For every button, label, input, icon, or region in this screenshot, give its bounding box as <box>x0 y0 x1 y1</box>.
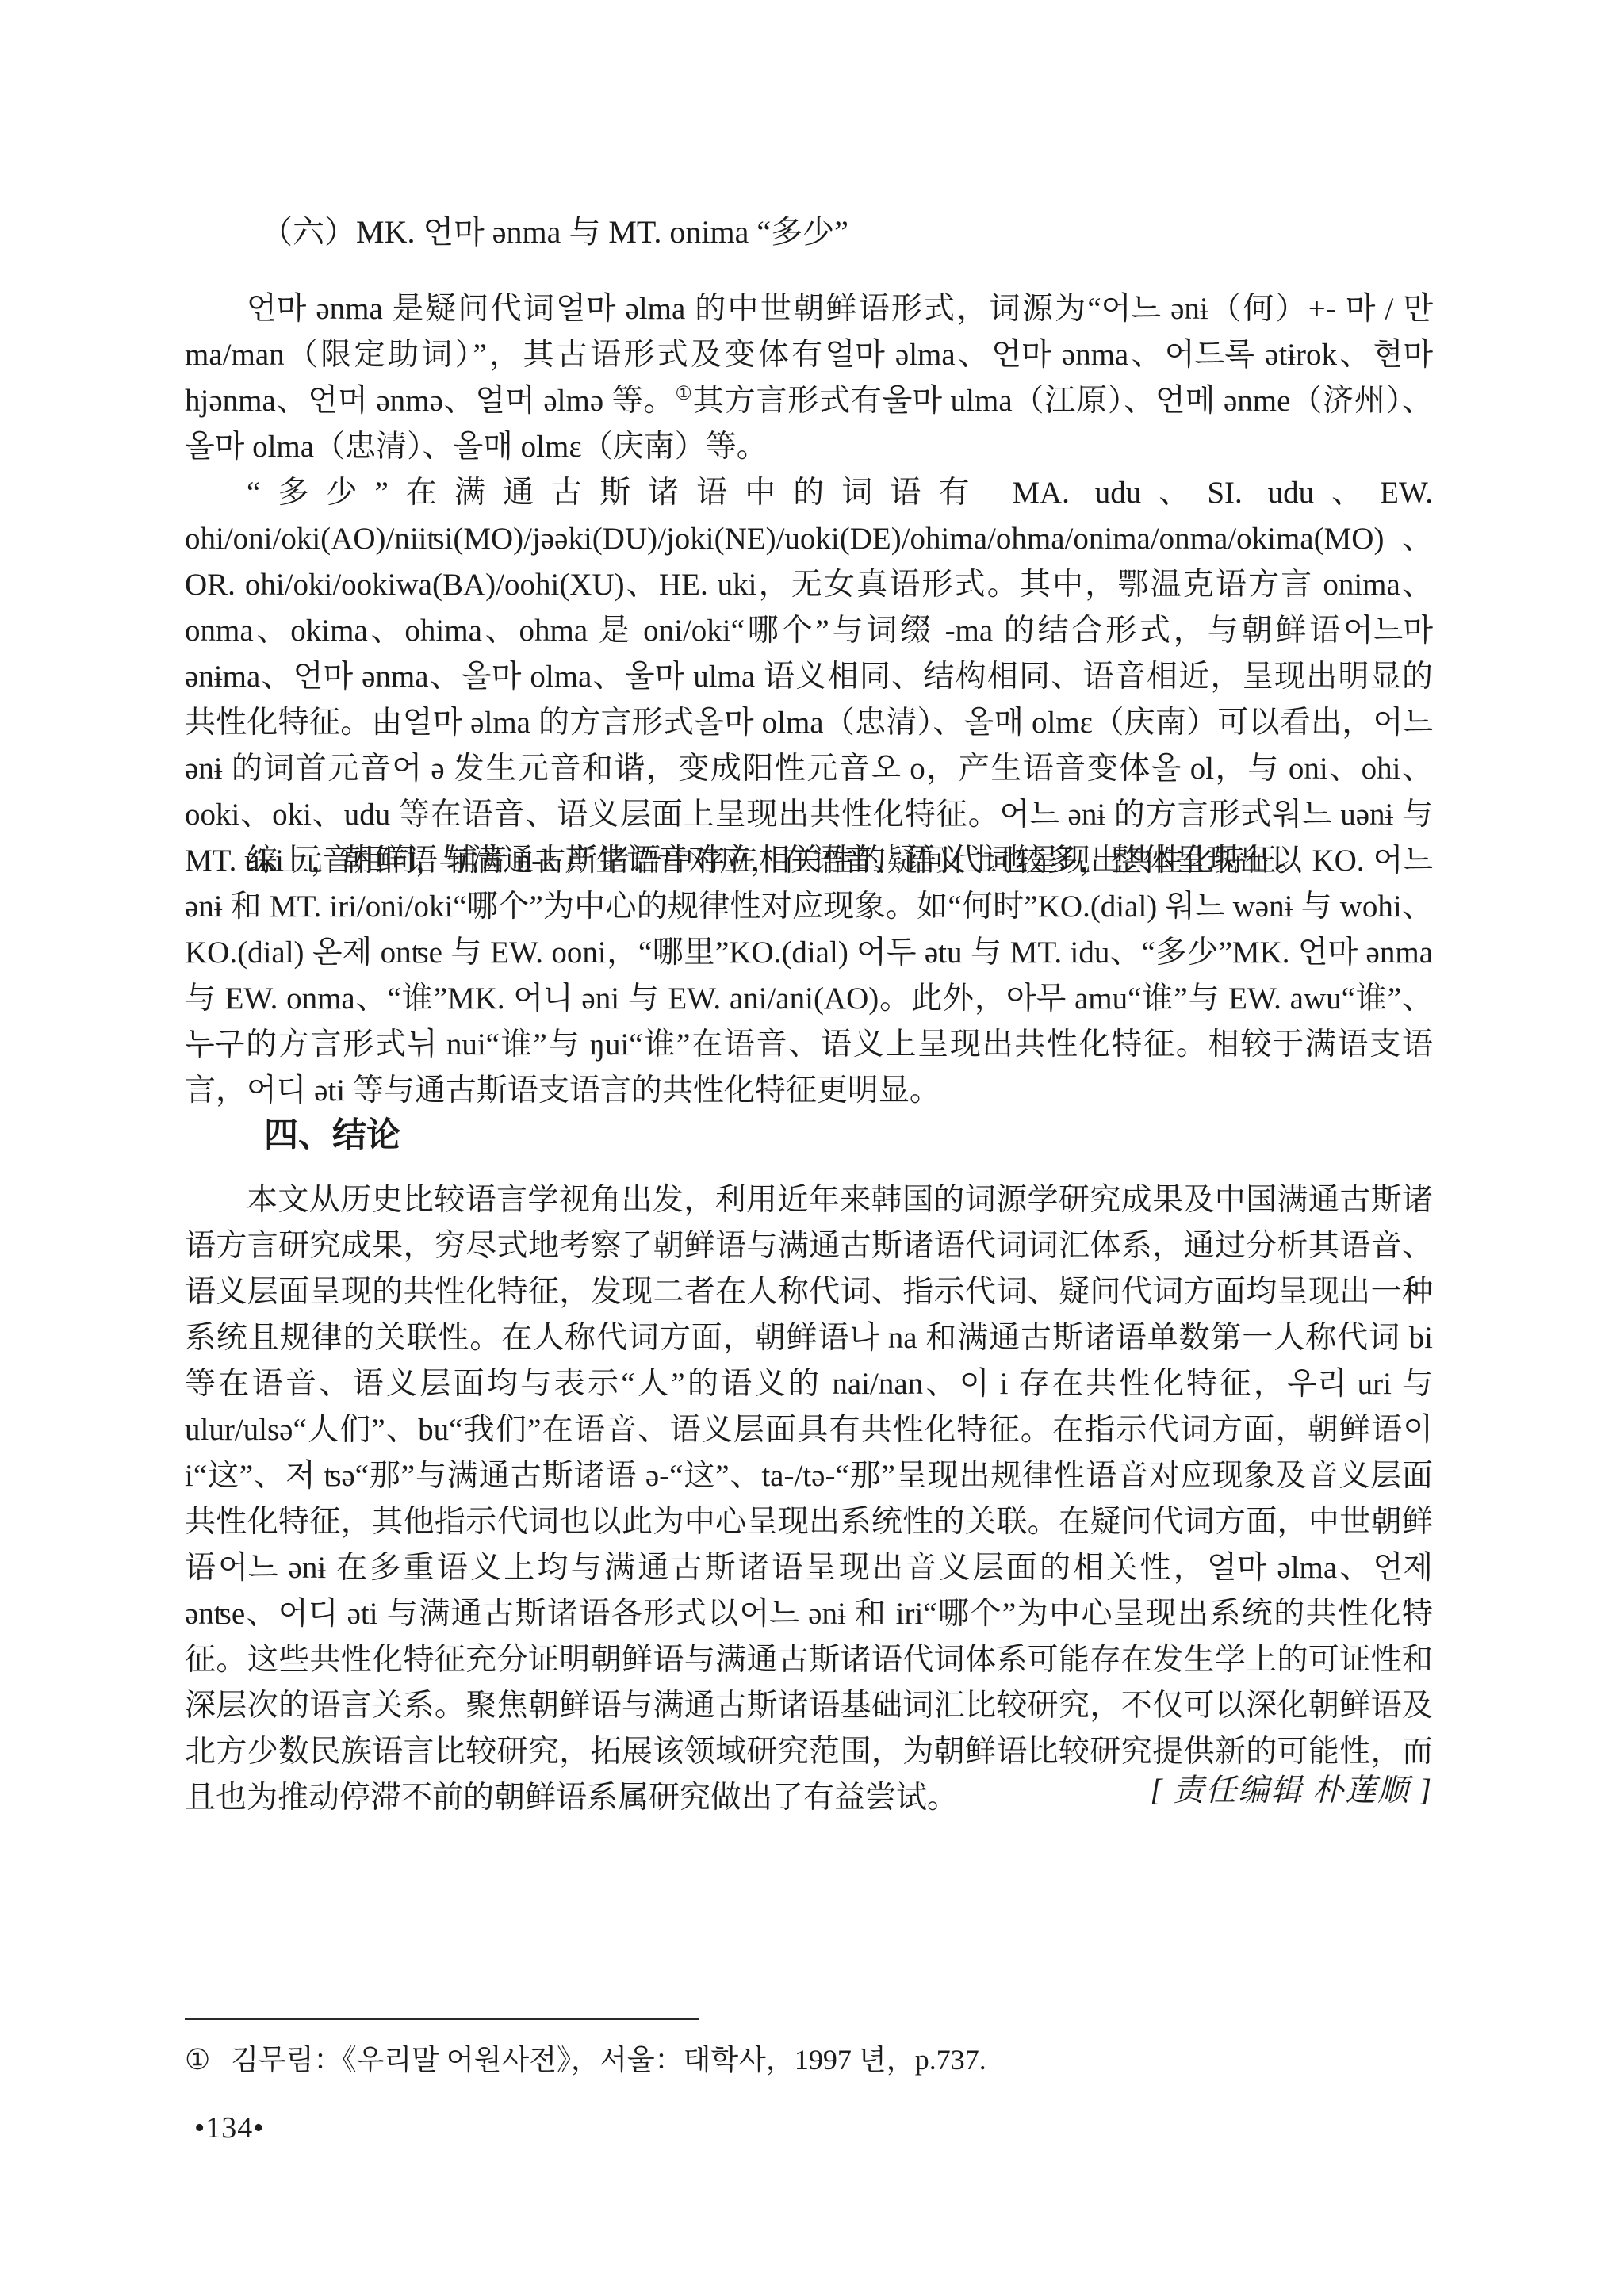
paragraph-conclusion: 本文从历史比较语言学视角出发，利用近年来韩国的词源学研究成果及中国满通古斯诸语方… <box>185 1177 1433 1821</box>
section-heading-conclusion: 四、结论 <box>185 1113 1433 1159</box>
paragraph-summary-interrogatives: 综上，朝鲜语与满通古斯诸语中存在相关性的疑问代词较多，整体呈现出以 KO. 어느… <box>185 838 1433 1114</box>
subsection-heading: （六）MK. 언마 ənma 与 MT. onima “多少” <box>185 209 1433 255</box>
paragraph-tungusic-forms: “多少”在满通古斯诸语中的词语有 MA. udu、SI. udu、EW. ohi… <box>185 470 1433 884</box>
footnote-separator-rule <box>185 2018 699 2020</box>
page-number: •134• <box>194 2110 265 2145</box>
scanned-paper-page: （六）MK. 언마 ənma 与 MT. onima “多少” 언마 ənma … <box>0 0 1624 2296</box>
footnote-marker: ① <box>185 2044 210 2076</box>
footnote: ①김무림：《우리말 어원사전》，서울：태학사，1997 년，p.737. <box>185 2039 1433 2080</box>
footnote-text: 김무림：《우리말 어원사전》，서울：태학사，1997 년，p.737. <box>231 2044 986 2076</box>
responsible-editor-note: [ 责任编辑 朴莲顺 ] <box>185 1768 1433 1814</box>
paragraph-etymology: 언마 ənma 是疑问代词얼마 əlma 的中世朝鲜语形式，词源为“어느 ənɨ… <box>185 286 1433 470</box>
footnote-reference-marker: ① <box>675 383 693 404</box>
